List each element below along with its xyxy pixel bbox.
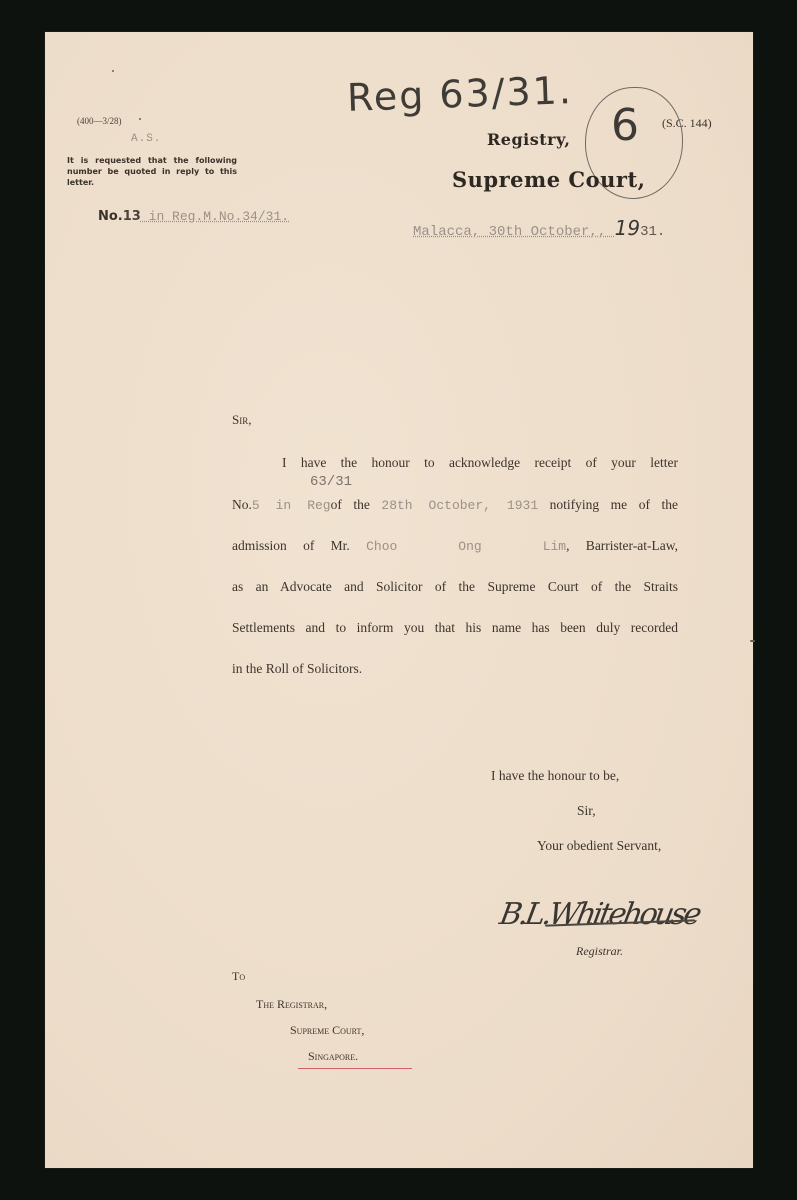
date-year-handwritten: 19: [615, 216, 640, 240]
request-note: It is requested that the following numbe…: [67, 155, 237, 188]
circled-number: 6: [611, 100, 639, 151]
body-line-3: admission of Mr. Choo Ong Lim, Barrister…: [232, 538, 678, 554]
typed-initials: A.S.: [131, 133, 161, 145]
addressee-line-3: Singapore.: [308, 1049, 358, 1064]
paper-speck: [112, 70, 114, 72]
pencil-insert: 63/31: [310, 474, 352, 490]
line3-suffix: , Barrister-at-Law,: [566, 538, 678, 553]
body-line-1: I have the honour to acknowledge receipt…: [282, 455, 678, 471]
salutation: Sir,: [232, 412, 251, 428]
addressee-to: To: [232, 969, 245, 984]
form-number: (400—3/28): [77, 116, 122, 126]
body-line-6: in the Roll of Solicitors.: [232, 661, 678, 677]
handwritten-reg-annotation: Reg 63/31.: [346, 68, 573, 120]
signatory-title: Registrar.: [576, 944, 623, 959]
closing-line-1: I have the honour to be,: [491, 768, 619, 784]
office-supreme-court: Supreme Court,: [452, 167, 646, 192]
line2-prefix: No.: [232, 497, 252, 512]
closing-line-3: Your obedient Servant,: [537, 838, 661, 854]
reference-number: No.13 in Reg.M.No.34/31.: [98, 208, 289, 224]
date-place-typed: Malacca, 30th October,,: [413, 224, 615, 240]
paper-speck: [139, 118, 141, 120]
line2-typed-ref: 5 in Reg: [252, 498, 331, 513]
addressee-line-1: The Registrar,: [256, 997, 327, 1012]
body-line-2: No.5 in Regof the 28th October, 1931 not…: [232, 497, 678, 513]
line2-mid: of the: [331, 497, 382, 512]
line3-typed-name: Choo Ong Lim: [366, 539, 566, 554]
closing-line-2: Sir,: [577, 803, 596, 819]
line2-suffix: notifying me of the: [538, 497, 678, 512]
form-code: (S.C. 144): [662, 116, 712, 131]
paper-speck: [750, 640, 755, 642]
signature: B.L.Whitehouse: [497, 897, 702, 932]
red-underline: [298, 1068, 412, 1069]
line3-prefix: admission of Mr.: [232, 538, 366, 553]
reference-typed-suffix: in Reg.M.No.34/31.: [141, 209, 289, 224]
reference-number-handwritten: 13: [123, 209, 141, 224]
letter-page: (400—3/28) A.S. It is requested that the…: [45, 32, 753, 1168]
body-line-4: as an Advocate and Solicitor of the Supr…: [232, 579, 678, 595]
office-registry: Registry,: [487, 130, 570, 149]
reference-label: No.: [98, 209, 123, 224]
date-line: Malacca, 30th October,, 1931.: [413, 216, 665, 240]
body-line-5: Settlements and to inform you that his n…: [232, 620, 678, 636]
date-year-typed: 31.: [640, 224, 665, 240]
line2-typed-date: 28th October, 1931: [381, 498, 538, 513]
addressee-line-2: Supreme Court,: [290, 1023, 364, 1038]
